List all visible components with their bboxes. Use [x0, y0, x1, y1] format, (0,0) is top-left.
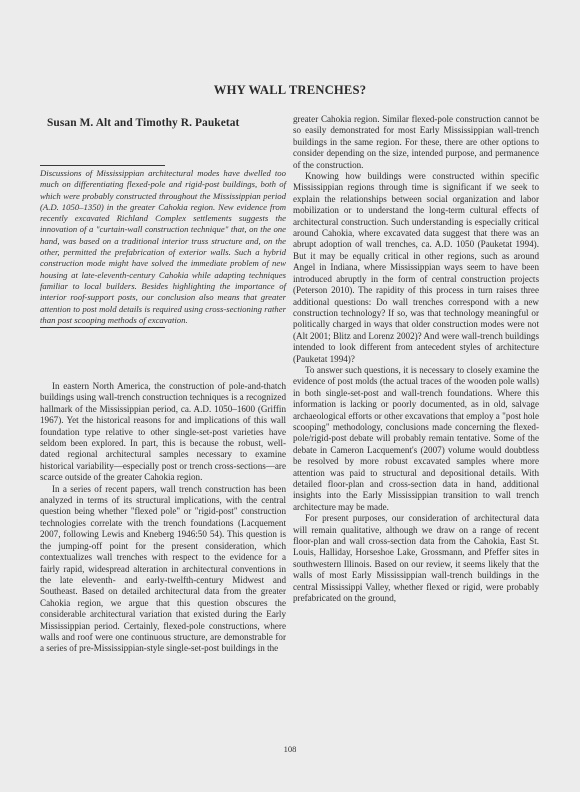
right-column: greater Cahokia region. Similar flexed-p… — [293, 114, 539, 604]
abstract-bottom-rule — [40, 327, 165, 328]
article-title: WHY WALL TRENCHES? — [0, 83, 580, 98]
body-paragraph: To answer such questions, it is necessar… — [293, 365, 539, 513]
body-paragraph: For present purposes, our consideration … — [293, 513, 539, 604]
body-paragraph: Knowing how buildings were constructed w… — [293, 171, 539, 365]
body-paragraph-continued: greater Cahokia region. Similar flexed-p… — [293, 114, 539, 171]
left-column: In eastern North America, the constructi… — [40, 381, 286, 655]
abstract-block: Discussions of Mississippian architectur… — [40, 165, 286, 328]
abstract-text: Discussions of Mississippian architectur… — [40, 168, 286, 326]
page-number: 108 — [0, 744, 580, 754]
article-authors: Susan M. Alt and Timothy R. Pauketat — [47, 117, 287, 129]
body-paragraph: In eastern North America, the constructi… — [40, 381, 286, 484]
abstract-top-rule — [40, 165, 165, 166]
body-paragraph: In a series of recent papers, wall trenc… — [40, 484, 286, 655]
